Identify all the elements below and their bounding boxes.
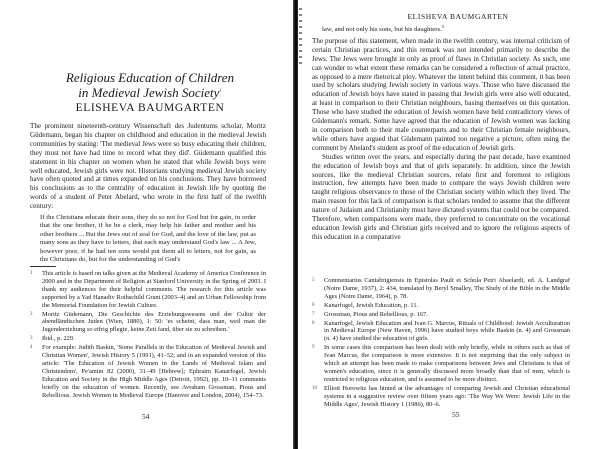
footnote-text: Commentarius Cantabrigiensis in Epistola… <box>324 277 570 301</box>
footnote-number: 1 <box>30 270 42 310</box>
footnote: 9 In some cases this comparison has been… <box>312 344 570 384</box>
footnote-text: Grossman, Pious and Rebellious, p. 167. <box>324 311 570 319</box>
footnote-text: For example: Judith Baskin, 'Some Parall… <box>42 344 266 399</box>
footnote-number: 3 <box>30 335 42 343</box>
block-quote: If the Christians educate their sons, th… <box>40 214 256 264</box>
book-gutter <box>293 0 298 449</box>
author-name: ELISHEVA BAUMGARTEN <box>30 102 270 114</box>
left-page: Religious Education of Children in Medie… <box>0 0 290 449</box>
footnote: 3 Ibid., p. 229. <box>30 335 266 343</box>
footnote: 7 Grossman, Pious and Rebellious, p. 167… <box>312 311 570 319</box>
right-page: ELISHEVA BAUMGARTEN law, and not only hi… <box>300 0 600 449</box>
footnote-number: 10 <box>312 385 324 409</box>
title-line-2: in Medieval Jewish Society1 <box>30 85 270 100</box>
note-marker: 5 <box>442 24 444 29</box>
footnote-text: Kanarfogel, Jewish Education and Ivan G.… <box>324 320 570 344</box>
paragraph: Studies written over the years, and espe… <box>312 153 570 242</box>
right-footnotes: 5 Commentarius Cantabrigiensis in Episto… <box>312 277 570 410</box>
footnote-text: Kanarfogel, Jewish Education, p. 11. <box>324 302 570 310</box>
title-line-1: Religious Education of Children <box>30 70 270 85</box>
quote-continuation: law, and not only his sons, but his daug… <box>312 26 570 35</box>
footnote-number: 8 <box>312 320 324 344</box>
footnote-number: 2 <box>30 311 42 335</box>
page-number: 55 <box>452 410 460 419</box>
footnote: 10 Elliott Horowitz has hinted at the ad… <box>312 385 570 409</box>
footnote-number: 4 <box>30 344 42 399</box>
footnote-text: Ibid., p. 229. <box>42 335 266 343</box>
footnote: 2 Moritz Güdemann, Die Geschichte des Er… <box>30 311 266 335</box>
footnote: 6 Kanarfogel, Jewish Education, p. 11. <box>312 302 570 310</box>
footnote: 4 For example: Judith Baskin, 'Some Para… <box>30 344 266 399</box>
left-body: The prominent nineteenth-century Wissens… <box>30 122 266 265</box>
footnote-number: 7 <box>312 311 324 319</box>
footnote-number: 9 <box>312 344 324 384</box>
footnote-number: 6 <box>312 302 324 310</box>
article-title: Religious Education of Children in Medie… <box>30 70 270 100</box>
right-body: law, and not only his sons, but his daug… <box>312 26 570 242</box>
footnote-text: Elliott Horowitz has hinted at the advan… <box>324 385 570 409</box>
footnote-text: In some cases this comparison has been d… <box>324 344 570 384</box>
paragraph: The purpose of this statement, when made… <box>312 37 570 153</box>
book-spread: Religious Education of Children in Medie… <box>0 0 600 449</box>
footnote: 8 Kanarfogel, Jewish Education and Ivan … <box>312 320 570 344</box>
footnote-text: This article is based on talks given at … <box>42 270 266 310</box>
quote-continuation-text: law, and not only his sons, but his daug… <box>322 26 442 33</box>
footnote-number: 5 <box>312 277 324 301</box>
title-line-2-text: in Medieval Jewish Society <box>78 85 219 100</box>
page-number: 54 <box>142 412 150 421</box>
paragraph: The prominent nineteenth-century Wissens… <box>30 122 266 211</box>
running-head: ELISHEVA BAUMGARTEN <box>398 12 518 21</box>
footnote-text: Moritz Güdemann, Die Geschichte des Erzi… <box>42 311 266 335</box>
footnote-divider <box>30 266 56 267</box>
footnote: 1 This article is based on talks given a… <box>30 270 266 310</box>
title-note-marker: 1 <box>219 88 221 93</box>
left-footnotes: 1 This article is based on talks given a… <box>30 270 266 401</box>
footnote: 5 Commentarius Cantabrigiensis in Episto… <box>312 277 570 301</box>
